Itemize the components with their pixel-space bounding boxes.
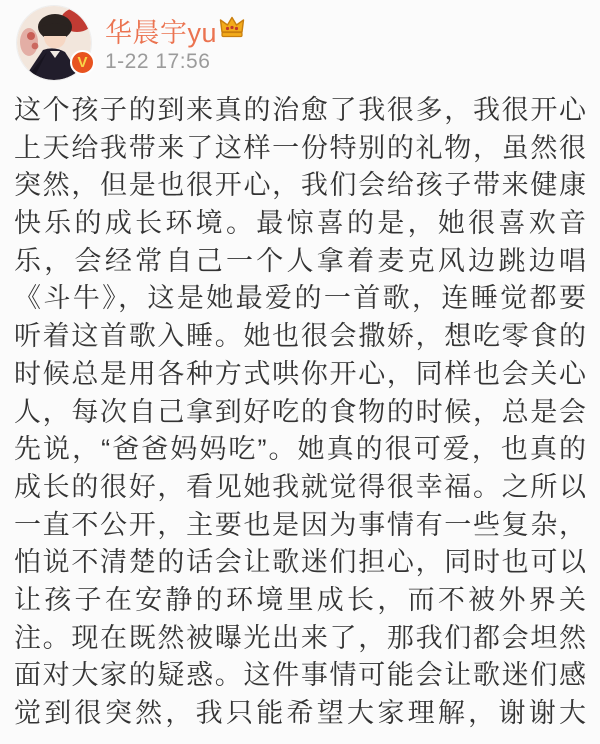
post-text-line: 让孩子在安静的环境里成长，而不被外界关 [14, 582, 586, 620]
post-timestamp: 1-22 17:56 [105, 50, 210, 74]
post-text-line: 先说，“爸爸妈妈吃”。她真的很可爱，也真的 [14, 431, 586, 469]
weibo-post-page: V 华晨宇yu 1-22 17:56 这个孩子的到来真的治愈了我很多，我很开心 … [0, 0, 600, 744]
post-text-line: 时候总是用各种方式哄你开心，同样也会关心 [14, 356, 586, 394]
post-content: 这个孩子的到来真的治愈了我很多，我很开心 上天给我带来了这样一份特别的礼物，虽然… [0, 90, 600, 733]
post-text-line: 听着这首歌入睡。她也很会撒娇，想吃零食的 [14, 318, 586, 356]
verified-badge-letter: V [77, 55, 87, 70]
post-text-line: 人，每次自己拿到好吃的食物的时候，总是会 [14, 394, 586, 432]
post-text-line: 觉到很突然，我只能希望大家理解，谢谢大 [14, 695, 586, 733]
post-text-line: 快乐的成长环境。最惊喜的是，她很喜欢音 [14, 205, 586, 243]
username-link[interactable]: 华晨宇yu [105, 11, 217, 50]
post-text-line: 这个孩子的到来真的治愈了我很多，我很开心 [14, 92, 586, 130]
post-text-line: 突然，但是也很开心，我们会给孩子带来健康 [14, 167, 586, 205]
avatar[interactable]: V [17, 6, 91, 80]
post-text-line: 《斗牛》，这是她最爱的一首歌，连睡觉都要 [14, 280, 586, 318]
post-text-line: 成长的很好，看见她我就觉得很幸福。之所以 [14, 469, 586, 507]
post-text-line: 一直不公开，主要也是因为事情有一些复杂， [14, 507, 586, 545]
post-text-line: 注。现在既然被曝光出来了，那我们都会坦然 [14, 620, 586, 658]
post-text-line: 上天给我带来了这样一份特别的礼物，虽然很 [14, 130, 586, 168]
vip-crown-icon [219, 15, 245, 39]
post-header: V 华晨宇yu 1-22 17:56 [0, 0, 600, 90]
post-text-line: 乐，会经常自己一个人拿着麦克风边跳边唱 [14, 243, 586, 281]
post-text-line: 怕说不清楚的话会让歌迷们担心，同时也可以 [14, 544, 586, 582]
post-text-line: 面对大家的疑惑。这件事情可能会让歌迷们感 [14, 657, 586, 695]
verified-badge-icon: V [70, 50, 95, 75]
